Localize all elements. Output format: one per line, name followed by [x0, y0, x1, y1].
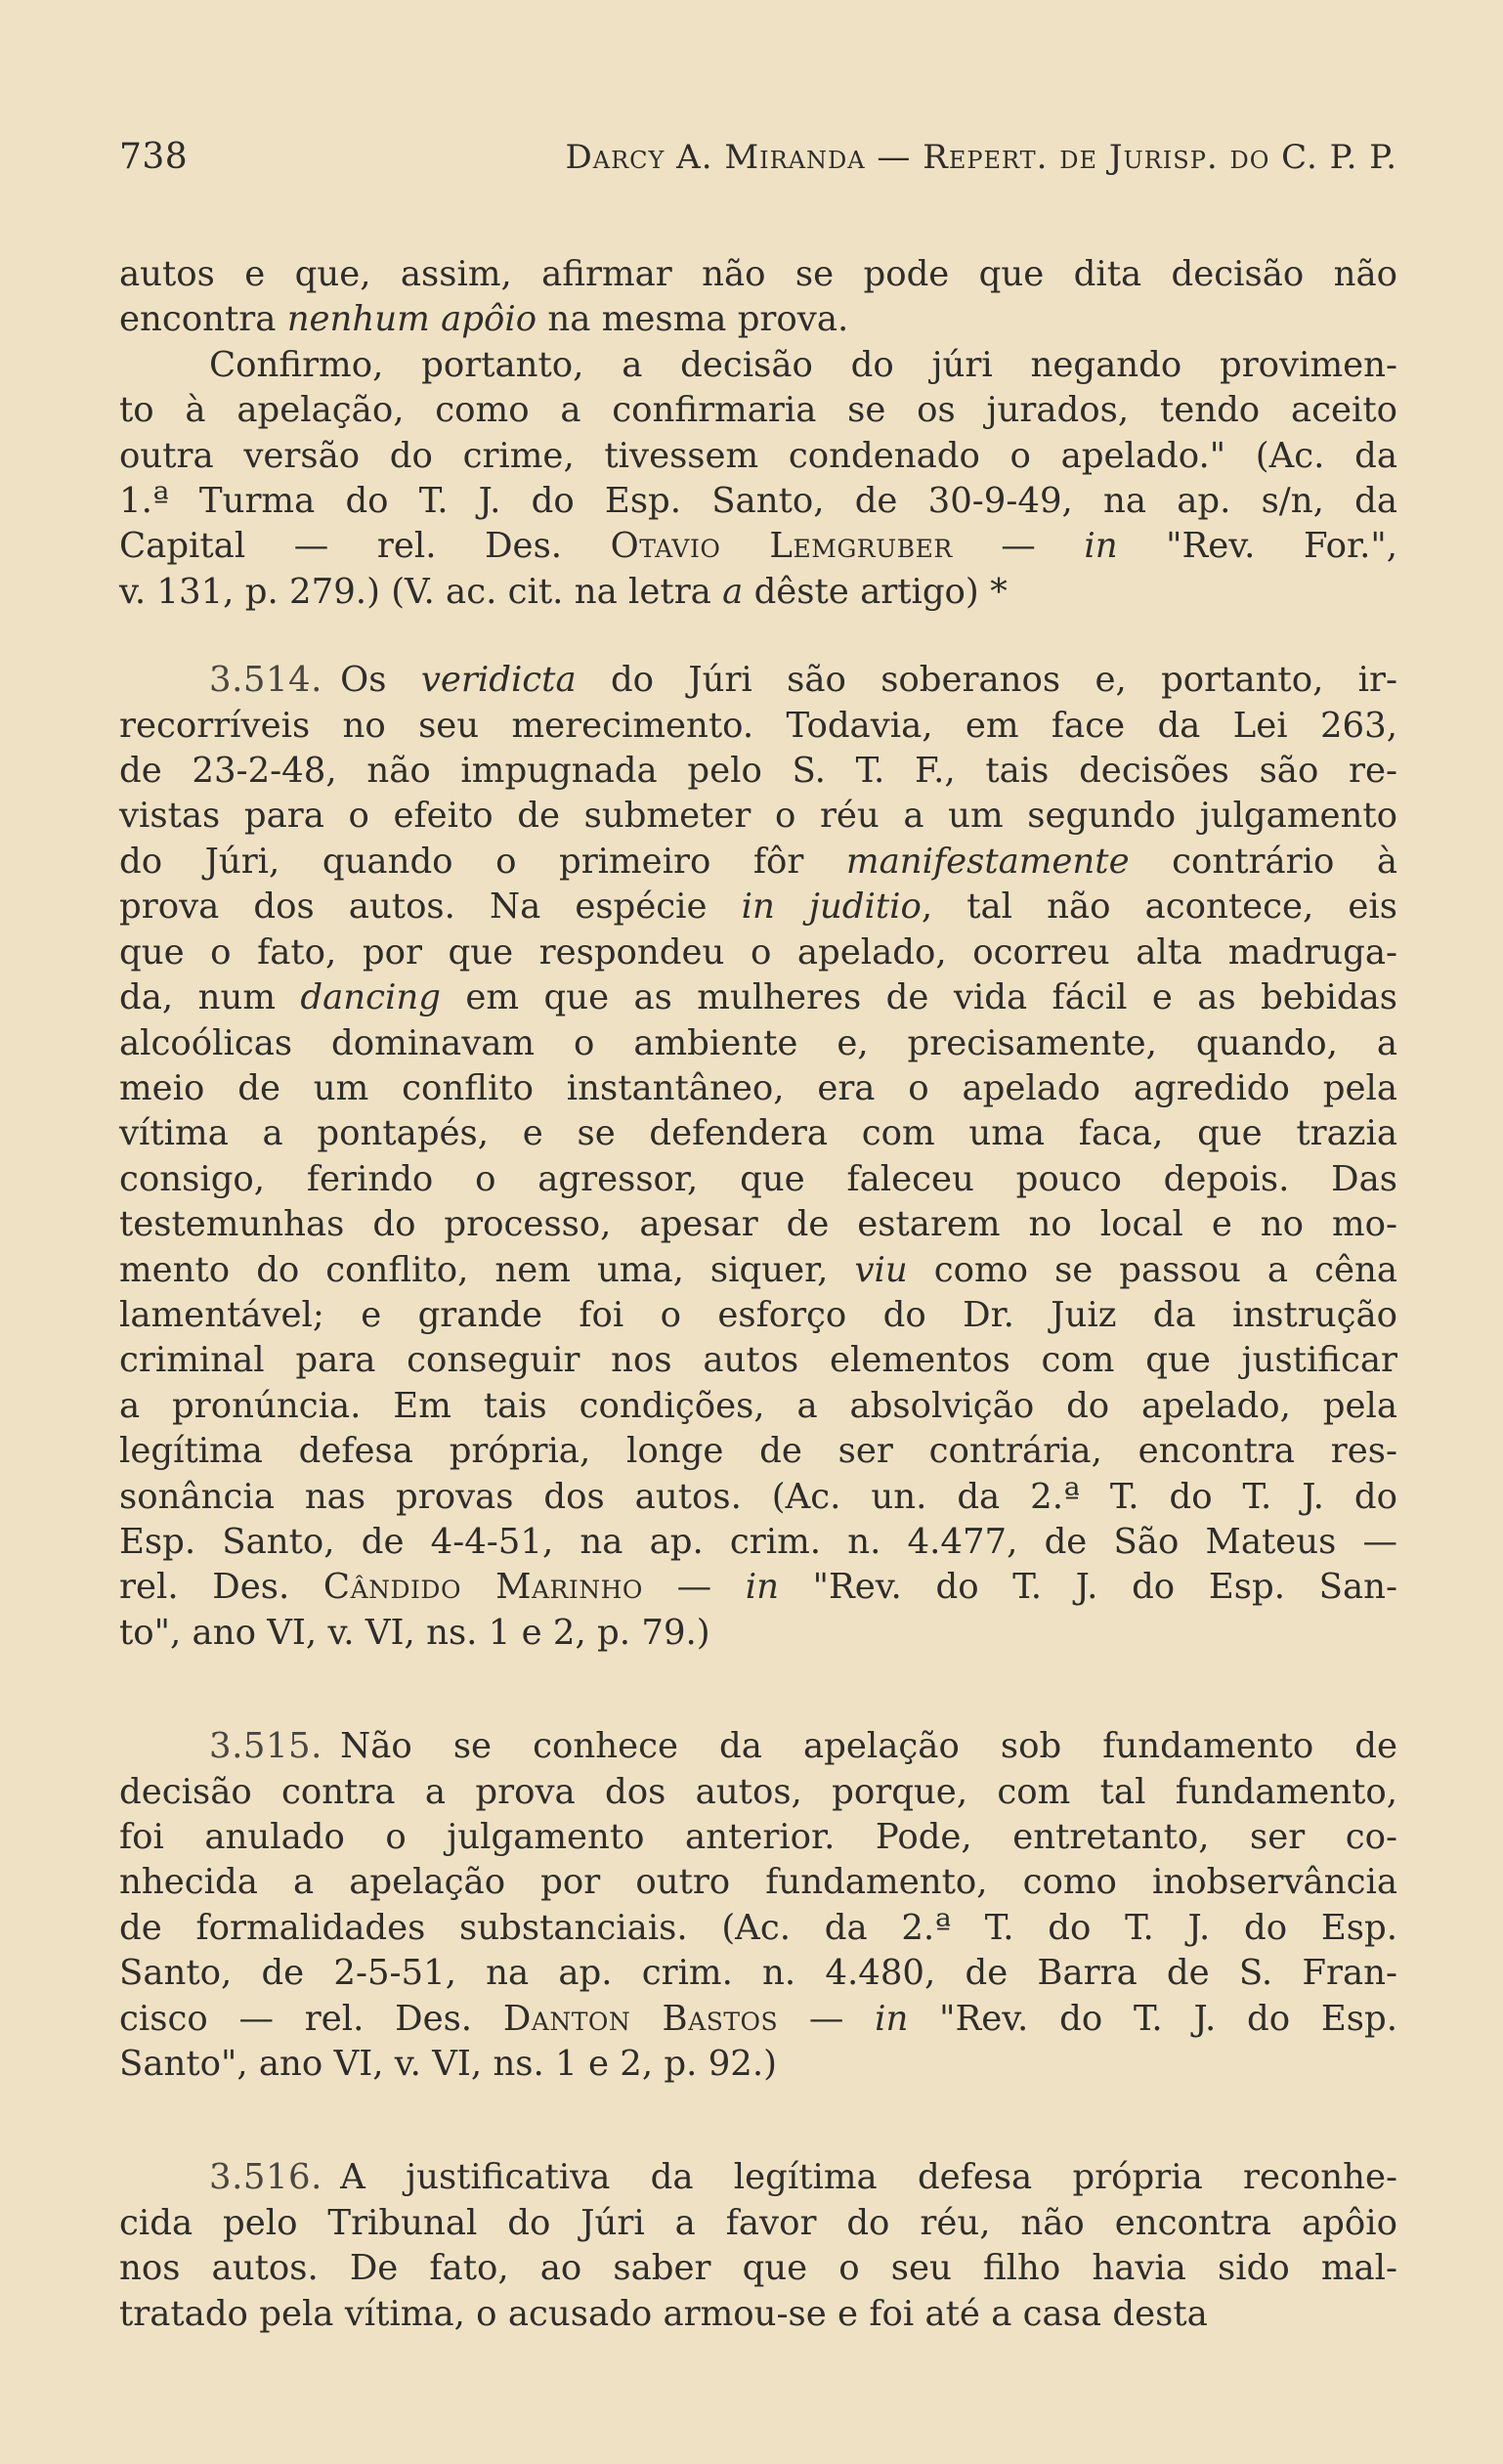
- text-run: meio de um conflito instantâneo, era o a…: [119, 1068, 1397, 1108]
- text-run: rel. Des.: [119, 1567, 323, 1607]
- text-run: "Rev. do T. J. do Esp. San-: [779, 1567, 1397, 1607]
- text-line: 3.514. Os veridicta do Júri são soberano…: [119, 658, 1397, 703]
- text-line: legítima defesa própria, longe de ser co…: [119, 1429, 1397, 1474]
- text-line: outra versão do crime, tivessem condenad…: [119, 434, 1397, 479]
- text-line: autos e que, assim, afirmar não se pode …: [119, 252, 1397, 297]
- text-line: Esp. Santo, de 4-4-51, na ap. crim. n. 4…: [119, 1520, 1397, 1565]
- text-line: prova dos autos. Na espécie in juditio, …: [119, 885, 1397, 929]
- text-run: vistas para o efeito de submeter o réu a…: [119, 796, 1397, 836]
- running-head: 738 Darcy A. Miranda — Repert. de Jurisp…: [119, 137, 1397, 195]
- text-line: foi anulado o julgamento anterior. Pode,…: [119, 1815, 1397, 1860]
- text-line: cida pelo Tribunal do Júri a favor do ré…: [119, 2201, 1397, 2246]
- text-run: nhecida a apelação por outro fundamento,…: [119, 1862, 1397, 1902]
- entry-number: 3.514.: [209, 660, 340, 700]
- text-run: do Júri são soberanos e, portanto, ir-: [577, 660, 1397, 700]
- text-line: Confirmo, portanto, a decisão do júri ne…: [119, 343, 1397, 388]
- text-line: nos autos. De fato, ao saber que o seu f…: [119, 2246, 1397, 2291]
- text-line: tratado pela vítima, o acusado armou-se …: [119, 2292, 1397, 2337]
- text-line: 3.516. A justificativa da legítima defes…: [119, 2155, 1397, 2200]
- text-run: cida pelo Tribunal do Júri a favor do ré…: [119, 2203, 1397, 2243]
- text-run: A justificativa da legítima defesa própr…: [340, 2157, 1397, 2197]
- text-line: meio de um conflito instantâneo, era o a…: [119, 1066, 1397, 1111]
- text-line: do Júri, quando o primeiro fôr manifesta…: [119, 840, 1397, 885]
- text-run: na mesma prova.: [537, 299, 848, 339]
- text-run: lamentável; e grande foi o esforço do Dr…: [119, 1295, 1397, 1335]
- italic-text: in: [1084, 526, 1117, 566]
- text-line: mento do conflito, nem uma, siquer, viu …: [119, 1248, 1397, 1293]
- text-run: em que as mulheres de vida fácil e as be…: [441, 977, 1397, 1017]
- entry-number: 3.516.: [209, 2157, 340, 2197]
- text-run: consigo, ferindo o agressor, que faleceu…: [119, 1159, 1397, 1199]
- text-line: Santo, de 2-5-51, na ap. crim. n. 4.480,…: [119, 1951, 1397, 1996]
- running-title: Darcy A. Miranda — Repert. de Jurisp. do…: [373, 138, 1397, 177]
- text-run: to à apelação, como a confirmaria se os …: [119, 390, 1397, 430]
- text-run: to", ano VI, v. VI, ns. 1 e 2, p. 79.): [119, 1613, 710, 1653]
- text-run: testemunhas do processo, apesar de estar…: [119, 1204, 1397, 1244]
- text-line: vistas para o efeito de submeter o réu a…: [119, 794, 1397, 839]
- text-line: encontra nenhum apôio na mesma prova.: [119, 297, 1397, 342]
- text-line: to", ano VI, v. VI, ns. 1 e 2, p. 79.): [119, 1611, 1397, 1656]
- text-line: v. 131, p. 279.) (V. ac. cit. na letra a…: [119, 570, 1397, 615]
- text-line: 1.ª Turma do T. J. do Esp. Santo, de 30-…: [119, 479, 1397, 524]
- text-line: Capital — rel. Des. Otavio Lemgruber — i…: [119, 524, 1397, 569]
- text-run: sonância nas provas dos autos. (Ac. un. …: [119, 1477, 1397, 1517]
- text-run: Santo, de 2-5-51, na ap. crim. n. 4.480,…: [119, 1953, 1397, 1993]
- text-run: dêste artigo) *: [743, 572, 1008, 612]
- text-line: Santo", ano VI, v. VI, ns. 1 e 2, p. 92.…: [119, 2042, 1397, 2087]
- small-caps-name: Otavio Lemgruber: [611, 526, 953, 566]
- text-line: da, num dancing em que as mulheres de vi…: [119, 975, 1397, 1020]
- text-line: cisco — rel. Des. Danton Bastos — in "Re…: [119, 1997, 1397, 2042]
- text-run: foi anulado o julgamento anterior. Pode,…: [119, 1817, 1397, 1857]
- book-page: 738 Darcy A. Miranda — Repert. de Jurisp…: [119, 137, 1397, 2337]
- text-run: que o fato, por que respondeu o apelado,…: [119, 932, 1397, 973]
- entry-3515: 3.515. Não se conhece da apelação sob fu…: [119, 1724, 1397, 2087]
- text-run: de 23-2-48, não impugnada pelo S. T. F.,…: [119, 751, 1397, 791]
- text-line: rel. Des. Cândido Marinho — in "Rev. do …: [119, 1565, 1397, 1610]
- text-run: —: [643, 1567, 746, 1607]
- text-line: testemunhas do processo, apesar de estar…: [119, 1202, 1397, 1247]
- text-run: como se passou a cêna: [908, 1250, 1397, 1290]
- text-run: Confirmo, portanto, a decisão do júri ne…: [209, 345, 1397, 385]
- italic-text: viu: [854, 1250, 907, 1290]
- text-line: nhecida a apelação por outro fundamento,…: [119, 1860, 1397, 1905]
- text-run: —: [953, 526, 1085, 566]
- entry-3514: 3.514. Os veridicta do Júri são soberano…: [119, 658, 1397, 1656]
- text-run: , tal não acontece, eis: [922, 886, 1397, 927]
- text-run: do Júri, quando o primeiro fôr: [119, 842, 846, 882]
- text-run: outra versão do crime, tivessem condenad…: [119, 436, 1397, 476]
- italic-text: a: [722, 572, 743, 612]
- text-run: vítima a pontapés, e se defendera com um…: [119, 1113, 1397, 1153]
- text-run: —: [778, 1999, 875, 2039]
- text-line: 3.515. Não se conhece da apelação sob fu…: [119, 1724, 1397, 1769]
- text-run: 1.ª Turma do T. J. do Esp. Santo, de 30-…: [119, 481, 1397, 521]
- text-line: lamentável; e grande foi o esforço do Dr…: [119, 1293, 1397, 1338]
- page-number: 738: [119, 137, 373, 177]
- entry-3516: 3.516. A justificativa da legítima defes…: [119, 2155, 1397, 2337]
- text-line: de 23-2-48, não impugnada pelo S. T. F.,…: [119, 749, 1397, 794]
- text-run: Esp. Santo, de 4-4-51, na ap. crim. n. 4…: [119, 1522, 1397, 1562]
- text-run: encontra: [119, 299, 287, 339]
- text-run: tratado pela vítima, o acusado armou-se …: [119, 2294, 1208, 2334]
- text-run: contrário à: [1130, 842, 1397, 882]
- text-run: criminal para conseguir nos autos elemen…: [119, 1340, 1397, 1380]
- italic-text: dancing: [300, 977, 441, 1017]
- text-run: de formalidades substanciais. (Ac. da 2.…: [119, 1908, 1397, 1948]
- text-run: autos e que, assim, afirmar não se pode …: [119, 254, 1397, 294]
- text-line: de formalidades substanciais. (Ac. da 2.…: [119, 1906, 1397, 1951]
- text-line: a pronúncia. Em tais condições, a absolv…: [119, 1384, 1397, 1429]
- text-line: to à apelação, como a confirmaria se os …: [119, 388, 1397, 433]
- text-line: recorríveis no seu merecimento. Todavia,…: [119, 704, 1397, 749]
- text-run: da, num: [119, 977, 300, 1017]
- text-run: nos autos. De fato, ao saber que o seu f…: [119, 2248, 1397, 2288]
- italic-text: veridicta: [421, 660, 577, 700]
- text-line: alcoólicas dominavam o ambiente e, preci…: [119, 1021, 1397, 1066]
- entry-number: 3.515.: [209, 1726, 340, 1766]
- text-line: criminal para conseguir nos autos elemen…: [119, 1338, 1397, 1383]
- text-run: mento do conflito, nem uma, siquer,: [119, 1250, 854, 1290]
- text-run: Os: [340, 660, 421, 700]
- text-line: vítima a pontapés, e se defendera com um…: [119, 1111, 1397, 1156]
- text-line: sonância nas provas dos autos. (Ac. un. …: [119, 1475, 1397, 1520]
- italic-text: nenhum apôio: [287, 299, 537, 339]
- italic-text: in: [875, 1999, 908, 2039]
- text-run: v. 131, p. 279.) (V. ac. cit. na letra: [119, 572, 722, 612]
- italic-text: in: [746, 1567, 779, 1607]
- text-run: recorríveis no seu merecimento. Todavia,…: [119, 706, 1397, 746]
- text-run: cisco — rel. Des.: [119, 1999, 503, 2039]
- paragraph-continuation: autos e que, assim, afirmar não se pode …: [119, 252, 1397, 343]
- text-line: consigo, ferindo o agressor, que faleceu…: [119, 1157, 1397, 1202]
- text-run: a pronúncia. Em tais condições, a absolv…: [119, 1386, 1397, 1426]
- text-run: Não se conhece da apelação sob fundament…: [340, 1726, 1397, 1766]
- paragraph-confirmo: Confirmo, portanto, a decisão do júri ne…: [119, 343, 1397, 615]
- text-run: alcoólicas dominavam o ambiente e, preci…: [119, 1023, 1397, 1063]
- italic-text: in juditio: [742, 886, 922, 927]
- text-run: Santo", ano VI, v. VI, ns. 1 e 2, p. 92.…: [119, 2044, 777, 2084]
- text-run: decisão contra a prova dos autos, porque…: [119, 1772, 1397, 1812]
- italic-text: manifestamente: [846, 842, 1130, 882]
- text-line: que o fato, por que respondeu o apelado,…: [119, 930, 1397, 975]
- text-run: legítima defesa própria, longe de ser co…: [119, 1431, 1397, 1471]
- text-run: prova dos autos. Na espécie: [119, 886, 742, 927]
- text-run: "Rev. do T. J. do Esp.: [908, 1999, 1397, 2039]
- small-caps-name: Cândido Marinho: [323, 1567, 643, 1607]
- text-run: Capital — rel. Des.: [119, 526, 611, 566]
- small-caps-name: Danton Bastos: [503, 1999, 778, 2039]
- text-run: "Rev. For.",: [1118, 526, 1397, 566]
- text-line: decisão contra a prova dos autos, porque…: [119, 1770, 1397, 1815]
